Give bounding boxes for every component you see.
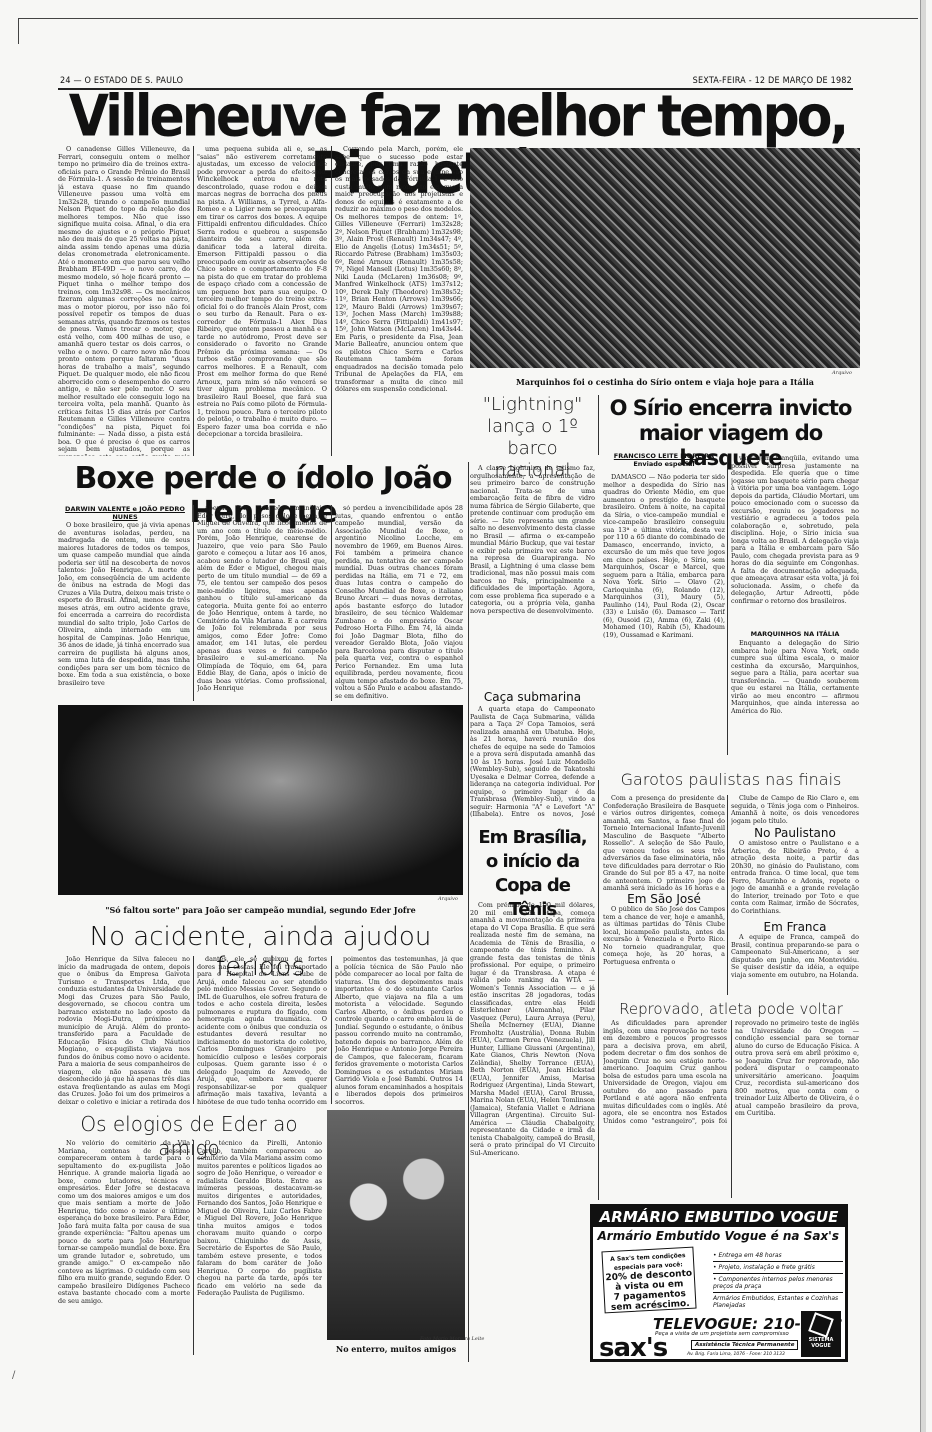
page-border-left xyxy=(18,18,19,44)
ad-features: • Entrega em 48 horas • Projeto, instala… xyxy=(713,1250,843,1311)
caca-submarina-text: A quarta etapa do Campeonato Paulista de… xyxy=(470,706,595,818)
garotos-headline: Garotos paulistas nas finais xyxy=(603,770,859,790)
boxe-column-2: apenas dois campeões mundiais: Éder Jofr… xyxy=(197,505,327,701)
column-rule xyxy=(193,146,194,456)
basketball-headline-line: O Sírio encerra invicto xyxy=(603,396,858,421)
column-rule xyxy=(727,455,728,755)
column-rule xyxy=(331,146,332,456)
lightning-headline-line: lança o 1º xyxy=(470,416,595,438)
reprovado-text: As dificuldades para aprender inglês, co… xyxy=(603,1020,859,1198)
photo-credit: Arquivo xyxy=(438,896,458,902)
sistema-vogue-logo: SISTEMA VOGUE xyxy=(801,1311,841,1357)
paulistano-subhead: No Paulistano xyxy=(731,826,859,840)
franca-subhead: Em Franca xyxy=(731,920,859,934)
basketball-byline: FRANCISCO LEITE MOREIRA xyxy=(605,452,723,460)
column-rule xyxy=(193,956,194,1104)
caca-submarina-subhead: Caça submarina xyxy=(470,690,595,704)
italia-subhead: MARQUINHOS NA ITÁLIA xyxy=(731,630,859,638)
elogios-column-1: No velório do cemitério da Vila Mariana,… xyxy=(58,1140,190,1355)
basketball-photo-caption: Marquinhos foi o cestinha do Sírio ontem… xyxy=(470,377,860,387)
f1-column-2: uma pequena subida ali e, se as "saias" … xyxy=(197,146,327,456)
newspaper-page: / 24 — O ESTADO DE S. PAULO SEXTA-FEIRA … xyxy=(0,0,932,1432)
ad-promo-box: A Sax's tem condições especiais para voc… xyxy=(601,1247,696,1314)
acidente-column-3: poimentos das testemunhas, já que a polí… xyxy=(335,956,463,1104)
reprovado-headline: Reprovado, atleta pode voltar xyxy=(603,1000,859,1018)
boxe-column-3: só perdeu a invencibilidade após 28 luta… xyxy=(335,505,463,701)
ad-feature: Armários Embutidos, Estantes e Cozinhas … xyxy=(713,1293,843,1311)
franca-text: A equipe de Franca, campeã do Brasil, co… xyxy=(731,934,859,996)
ad-tagline: Armário Embutido Vogue é na Sax's xyxy=(593,1229,845,1243)
logo-text: SISTEMA VOGUE xyxy=(809,1337,834,1349)
ad-feature: • Componentes internos pelos menores pre… xyxy=(713,1274,843,1293)
photo-credit: Arquivo xyxy=(832,370,852,376)
ad-banner: ARMÁRIO EMBUTIDO VOGUE xyxy=(593,1207,845,1227)
ad-assist: Assistência Técnica Permanente xyxy=(691,1340,798,1350)
brasilia-text: Com prêmios de 100 mil dólares, 20 mil e… xyxy=(470,902,595,1357)
ad-feature: • Entrega em 48 horas xyxy=(713,1250,843,1262)
ad-feature: • Projeto, instalação e frete grátis xyxy=(713,1262,843,1274)
scan-edge xyxy=(920,0,926,1432)
brasilia-headline-line: o início da xyxy=(470,850,595,874)
sao-jose-subhead: Em São José xyxy=(603,892,725,906)
advertisement-vogue: ARMÁRIO EMBUTIDO VOGUE Armário Embutido … xyxy=(590,1204,848,1362)
boxe-byline: DARWIN VALENTE e JOÃO PEDRO NUNES xyxy=(60,505,190,521)
funeral-photo-caption: No enterro, muitos amigos xyxy=(327,1344,465,1354)
f1-column-3: Correndo pela March, porém, ele sabe que… xyxy=(335,146,463,456)
column-rule xyxy=(331,956,332,1104)
crop-mark: / xyxy=(12,1370,15,1381)
ad-address: Av. Brig. Faria Lima, 1076 - Fone: 210 3… xyxy=(687,1352,785,1357)
column-rule xyxy=(331,505,332,701)
italia-text: Enquanto a delegação do Sírio embarca ho… xyxy=(731,640,859,758)
lightning-text: A classe Lightning de iatismo faz, orgul… xyxy=(470,465,595,687)
paulistano-text: O amistoso entre o Paulistano e a Arberi… xyxy=(731,840,859,916)
column-rule xyxy=(193,505,194,701)
elogios-column-2: O técnico da Pirelli, Antonio Carollo, t… xyxy=(197,1140,322,1355)
sao-jose-text: O público de São José dos Campos tem a c… xyxy=(603,906,725,996)
column-rule xyxy=(598,395,599,455)
boxe-column-1: O boxe brasileiro, que já vivia apenas d… xyxy=(58,522,190,702)
garotos-text: Com a presença do presidente da Confeder… xyxy=(603,795,725,890)
basketball-column-1: DAMASCO — Não poderia ter sido melhor a … xyxy=(603,474,725,754)
brasilia-headline-line: Em Brasília, xyxy=(470,826,595,850)
f1-column-1: O canadense Gilles Villeneuve, da Ferrar… xyxy=(58,146,190,456)
crowd-photo xyxy=(470,148,860,368)
basketball-column-2: vantagem tranqüila, evitando uma possíve… xyxy=(731,455,859,625)
column-rule xyxy=(727,795,728,995)
ad-visit: Peça a visita de um projetista sem compr… xyxy=(655,1331,789,1337)
boxer-photo-caption: "Só faltou sorte" para João ser campeão … xyxy=(58,905,463,915)
lightning-headline-line: "Lightning" xyxy=(470,394,595,416)
basketball-byline-role: Enviado especial xyxy=(605,460,723,468)
garotos-right-text: Clube de Campo de Rio Claro e, em seguid… xyxy=(731,795,859,825)
saxs-logo: sax's xyxy=(599,1333,667,1363)
acidente-column-1: João Henrique da Silva faleceu no início… xyxy=(58,956,190,1104)
cube-icon xyxy=(808,1312,834,1338)
boxer-photo xyxy=(58,705,463,895)
page-border-top xyxy=(18,18,918,19)
funeral-photo xyxy=(327,1110,465,1340)
column-rule xyxy=(193,1140,194,1355)
acidente-column-2: dantes, ele se queixou de fortes dores n… xyxy=(197,956,327,1104)
column-rule xyxy=(598,780,599,1200)
section-rule xyxy=(468,462,469,1362)
